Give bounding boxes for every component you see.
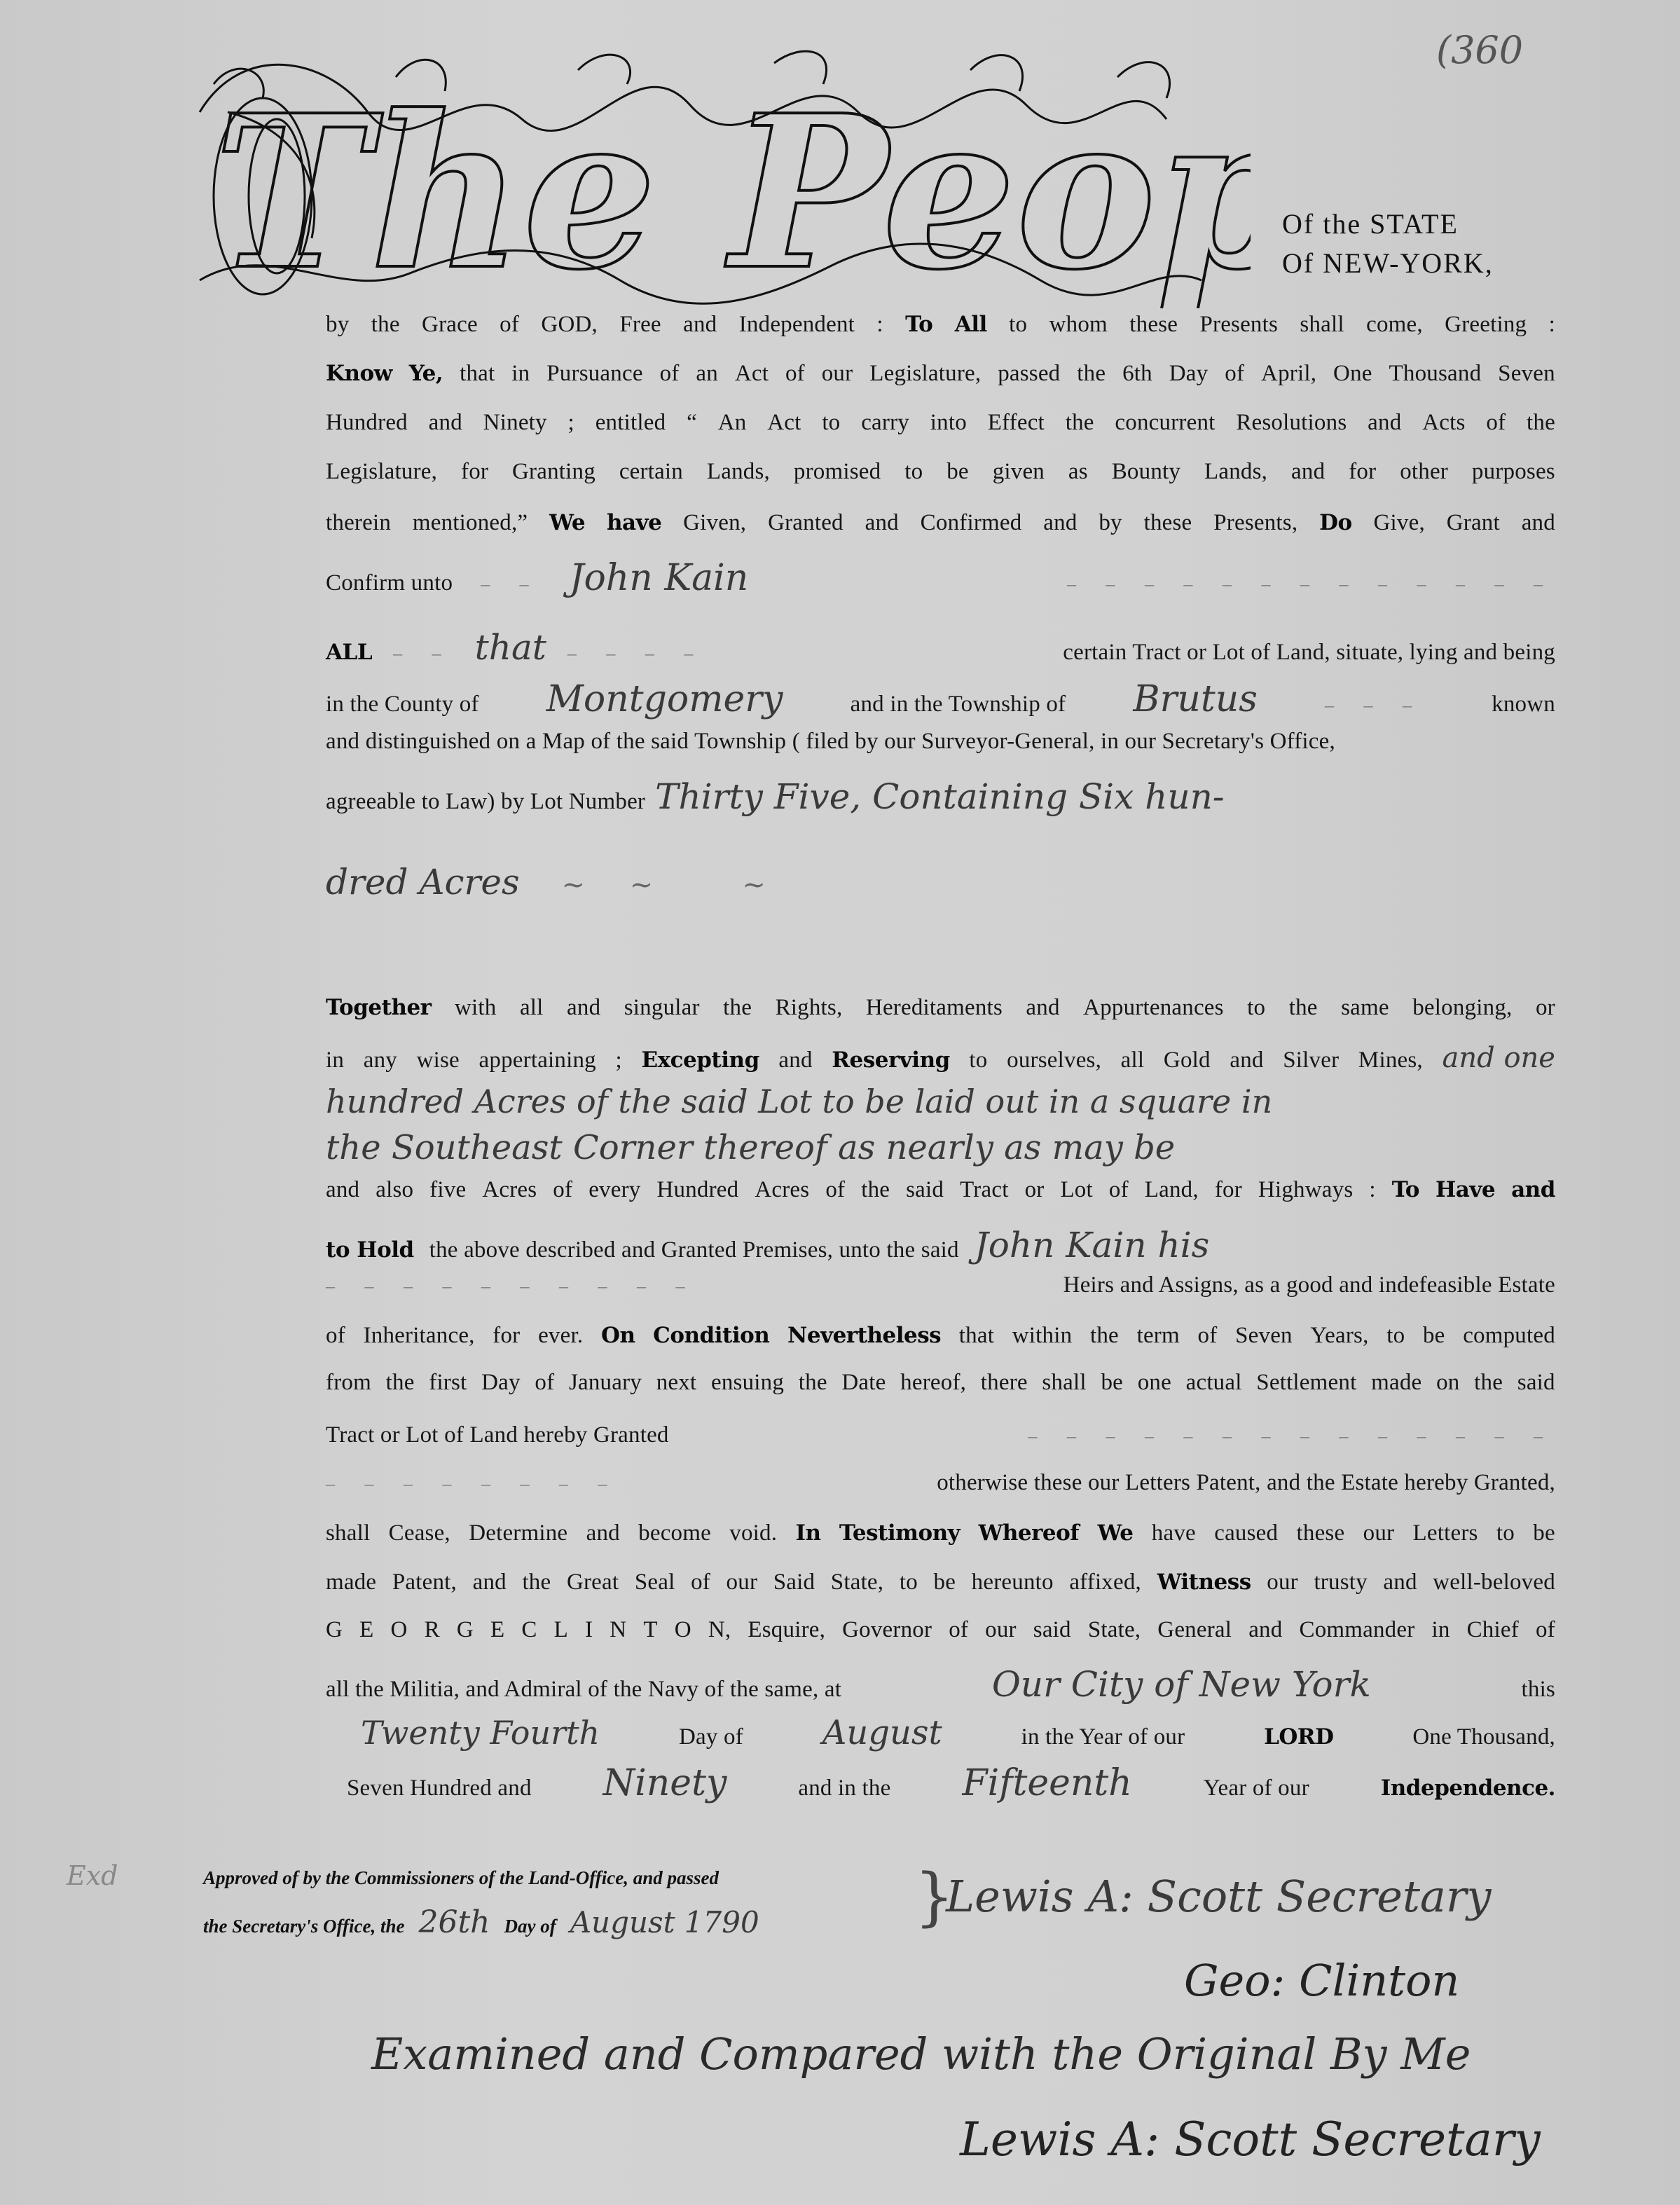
together-line-10: Tract or Lot of Land hereby Granted– – –… — [326, 1422, 1555, 1448]
blackletter-word: All — [955, 312, 987, 337]
together-line-15: all the Militia, and Admiral of the Navy… — [326, 1664, 1555, 1705]
blackletter-word: Have — [1435, 1177, 1495, 1202]
printed-word: G — [326, 1617, 343, 1643]
known-label: known — [1492, 692, 1555, 717]
printed-word: of — [535, 1370, 554, 1396]
printed-word: one — [1138, 1370, 1171, 1396]
place-hand: Our City of New York — [992, 1664, 1371, 1705]
fifteenth-hand: Fifteenth — [962, 1762, 1131, 1804]
printed-word: of — [500, 312, 519, 338]
together-line-17: Seven Hundred andNinetyand in theFifteen… — [326, 1762, 1555, 1804]
printed-word: and — [1026, 995, 1059, 1021]
printed-word: promised — [794, 459, 881, 485]
printed-word: actual — [1186, 1370, 1242, 1396]
month-hand: August — [822, 1713, 942, 1752]
printed-word: Day — [481, 1370, 521, 1396]
printed-word: Independent — [739, 312, 855, 338]
township-label: and in the Township of — [851, 692, 1066, 717]
approved-dayof: Day of — [504, 1916, 556, 1937]
printed-word: carry — [861, 410, 909, 436]
printed-word: Legislature, — [326, 459, 437, 485]
printed-word: Hundred — [326, 410, 408, 436]
printed-word: these — [1297, 1520, 1345, 1546]
otherwise-text: otherwise these our Letters Patent, and … — [937, 1470, 1555, 1496]
printed-word: 6th — [1122, 361, 1152, 387]
acres-hand: dred Acres — [326, 862, 520, 902]
printed-word: and — [683, 312, 717, 338]
printed-word: shall — [1300, 312, 1344, 338]
blackletter-word: To — [1392, 1177, 1419, 1202]
printed-word: of — [1536, 1617, 1555, 1643]
printed-word: our — [985, 1617, 1017, 1643]
printed-word: wise — [417, 1047, 460, 1073]
printed-word: the — [1066, 410, 1094, 436]
preamble-line: bytheGraceofGOD,FreeandIndependent:ToAll… — [326, 312, 1555, 338]
blackletter-word: Nevertheless — [787, 1323, 941, 1348]
printed-word: for — [1215, 1177, 1242, 1203]
printed-word: to — [1247, 995, 1265, 1021]
printed-word: made — [1371, 1370, 1421, 1396]
printed-word: next — [656, 1370, 697, 1396]
printed-word: Lands, — [1204, 459, 1267, 485]
printed-word: : — [1549, 312, 1555, 338]
printed-word: also — [376, 1177, 413, 1203]
acres-line: dred Acres ~ ~ ~ — [326, 862, 1555, 902]
printed-word: other — [1400, 459, 1448, 485]
printed-word: be — [1423, 1323, 1445, 1349]
printed-word: to — [900, 1569, 918, 1595]
printed-word: and — [1383, 1569, 1417, 1595]
printed-word: An — [718, 410, 747, 436]
this-text: this — [1522, 1677, 1555, 1703]
printed-word: as — [1068, 459, 1088, 485]
printed-word: and — [1043, 510, 1077, 536]
printed-word: Acres — [755, 1177, 809, 1203]
printed-word: and — [586, 1520, 620, 1546]
printed-word: Resolutions — [1236, 410, 1347, 436]
printed-word: affixed, — [1069, 1569, 1141, 1595]
year-text: in the Year of our — [1021, 1724, 1185, 1750]
printed-word: “ — [687, 410, 697, 436]
printed-word: Act — [767, 410, 801, 436]
printed-word: well-beloved — [1433, 1569, 1555, 1595]
printed-word: or — [1025, 1177, 1045, 1203]
printed-word: and — [1230, 1047, 1263, 1073]
printed-word: and — [567, 995, 600, 1021]
printed-word: Esquire, — [748, 1617, 825, 1643]
printed-word: of — [1109, 1177, 1129, 1203]
printed-word: singular — [624, 995, 700, 1021]
approved-date: August 1790 — [570, 1905, 759, 1939]
to-hold-label: to Hold — [326, 1237, 414, 1263]
grantee-heirs: John Kain his — [975, 1225, 1210, 1265]
printed-word: ever. — [538, 1323, 583, 1349]
printed-word: made — [326, 1569, 376, 1595]
printed-word: have — [1152, 1520, 1196, 1546]
together-line-7: – – – – – – – – – –Heirs and Assigns, as… — [326, 1272, 1555, 1298]
printed-word: N — [610, 1617, 626, 1643]
printed-word: E — [359, 1617, 373, 1643]
blackletter-word: Know — [326, 361, 392, 386]
printed-word: of — [553, 1177, 572, 1203]
militia-text: all the Militia, and Admiral of the Navy… — [326, 1677, 841, 1703]
lord-text: LORD — [1264, 1724, 1333, 1750]
printed-word: be — [946, 459, 969, 485]
printed-word: of — [785, 361, 805, 387]
printed-word: Acts — [1422, 410, 1465, 436]
printed-word: whom — [1049, 312, 1108, 338]
printed-word: for — [1349, 459, 1376, 485]
printed-word: and — [778, 1047, 812, 1073]
printed-word: said — [1517, 1370, 1555, 1396]
printed-word: in — [326, 1047, 344, 1073]
blackletter-word: Testimony — [839, 1520, 960, 1546]
printed-word: Letters — [1413, 1520, 1478, 1546]
printed-word: of — [1486, 410, 1506, 436]
printed-word: by — [1099, 510, 1122, 536]
printed-word: and — [1248, 1617, 1282, 1643]
printed-word: Free — [619, 312, 661, 338]
blackletter-word: Together — [326, 995, 432, 1020]
county-line: in the County of Montgomery and in the T… — [326, 678, 1555, 720]
printed-word: shall — [1042, 1370, 1086, 1396]
printed-word: an — [696, 361, 718, 387]
printed-word: with — [455, 995, 496, 1021]
printed-word: void. — [729, 1520, 777, 1546]
printed-word: our — [727, 1569, 758, 1595]
printed-word: : — [1369, 1177, 1375, 1203]
printed-word: April, — [1261, 361, 1316, 387]
printed-word: Lot — [1060, 1177, 1092, 1203]
printed-word: Grace — [422, 312, 478, 338]
printed-word: trusty — [1314, 1569, 1367, 1595]
secretary-signature: Lewis A: Scott Secretary — [946, 1871, 1491, 1922]
grantee-name: John Kain — [570, 557, 749, 599]
printed-word: first — [429, 1370, 467, 1396]
printed-word: every — [588, 1177, 640, 1203]
printed-word: passed — [998, 361, 1060, 387]
printed-word: of — [949, 1617, 968, 1643]
printed-word: ensuing — [711, 1370, 784, 1396]
printed-word: Thousand — [1389, 361, 1482, 387]
reservation-hand-line-3: hundred Acres of the said Lot to be laid… — [326, 1083, 1272, 1120]
printed-word: to — [1496, 1520, 1515, 1546]
printed-word: R — [425, 1617, 440, 1643]
printed-word: be — [1101, 1370, 1123, 1396]
printed-word: Legislature, — [869, 361, 981, 387]
printed-word: the — [1077, 361, 1106, 387]
printed-word: Pursuance — [546, 361, 642, 387]
all-label: ALL — [326, 640, 372, 665]
printed-word: and — [429, 410, 462, 436]
together-line-14: GEORGECLINTON,Esquire,GovernorofoursaidS… — [326, 1617, 1555, 1643]
printed-word: State, — [1088, 1617, 1141, 1643]
printed-word: concurrent — [1115, 410, 1215, 436]
printed-word: and — [865, 510, 899, 536]
together-line-6: to Holdthe above described and Granted P… — [326, 1225, 1555, 1265]
printed-word: the — [861, 1177, 890, 1203]
printed-word: of — [1198, 1323, 1218, 1349]
printed-word: therein — [326, 510, 391, 536]
county-value: Montgomery — [546, 678, 783, 720]
printed-word: Acres — [482, 1177, 537, 1203]
printed-word: said — [1033, 1617, 1071, 1643]
printed-word: the — [799, 1370, 827, 1396]
printed-word: Presents — [1199, 312, 1278, 338]
together-line-1: TogetherwithallandsingulartheRights,Here… — [326, 995, 1555, 1021]
printed-word: or — [1536, 995, 1555, 1021]
printed-word: G — [457, 1617, 474, 1643]
tract-text: certain Tract or Lot of Land, situate, l… — [1063, 640, 1555, 666]
approved-day: 26th — [418, 1904, 490, 1940]
printed-word: and — [473, 1569, 507, 1595]
printed-word: Land, — [1145, 1177, 1199, 1203]
printed-word: these — [1144, 510, 1192, 536]
printed-word: Given, — [683, 510, 746, 536]
together-line-12: shallCease,Determineandbecomevoid.InTest… — [326, 1520, 1555, 1546]
printed-word: and — [1291, 459, 1325, 485]
printed-word: shall — [326, 1520, 370, 1546]
preamble-line: HundredandNinety;entitled“AnActtocarryin… — [326, 410, 1555, 436]
banner-title: The People — [186, 28, 1251, 308]
blackletter-word: Excepting — [642, 1047, 759, 1073]
printed-word: and — [326, 1177, 359, 1203]
printed-word: Inheritance, — [364, 1323, 475, 1349]
printed-word: Bounty — [1112, 459, 1180, 485]
printed-word: C — [521, 1617, 537, 1643]
printed-word: same — [1341, 995, 1389, 1021]
printed-word: January — [569, 1370, 642, 1396]
printed-word: Mines, — [1358, 1047, 1423, 1073]
printed-word: these — [1129, 312, 1178, 338]
printed-word: Seven — [1498, 361, 1555, 387]
printed-word: Years, — [1310, 1323, 1368, 1349]
printed-word: of — [1225, 361, 1244, 387]
printed-word: on — [1436, 1370, 1459, 1396]
calligraphic-flourish-icon: The People — [186, 28, 1251, 308]
preamble-line: KnowYe,thatinPursuanceofanActofourLegisl… — [326, 361, 1555, 387]
printed-word: hereof, — [900, 1370, 966, 1396]
blackletter-word: On — [601, 1323, 635, 1348]
printed-word: to — [822, 410, 840, 436]
governor-signature: Geo: Clinton — [1184, 1955, 1459, 2006]
printed-word: Hundred — [656, 1177, 738, 1203]
printed-word: from — [326, 1370, 371, 1396]
printed-word: Greeting — [1445, 312, 1527, 338]
together-line-5: andalsofiveAcresofeveryHundredAcresofthe… — [326, 1177, 1555, 1203]
blackletter-word: Condition — [653, 1323, 769, 1348]
printed-word: the — [522, 1569, 551, 1595]
together-line-13: madePatent,andtheGreatSealofourSaidState… — [326, 1569, 1555, 1595]
printed-word: General — [1157, 1617, 1232, 1643]
together-line-9: fromthefirstDayofJanuarynextensuingtheDa… — [326, 1370, 1555, 1396]
lot-hand: Thirty Five, Containing Six hun- — [655, 776, 1225, 817]
printed-word: of — [691, 1569, 710, 1595]
printed-word: the — [1090, 1323, 1119, 1349]
printed-word: all — [520, 995, 544, 1021]
printed-word: for — [493, 1323, 520, 1349]
printed-word: ourselves, — [1007, 1047, 1101, 1073]
printed-word: mentioned,” — [413, 510, 528, 536]
confirm-unto-label: Confirm unto — [326, 570, 453, 596]
printed-word: to — [904, 459, 923, 485]
printed-word: the — [371, 312, 400, 338]
printed-word: in — [1431, 1617, 1450, 1643]
printed-word: and — [1368, 410, 1401, 436]
printed-word: : — [876, 312, 883, 338]
printed-word: belonging, — [1412, 995, 1512, 1021]
printed-word: One — [1333, 361, 1372, 387]
county-label: in the County of — [326, 692, 479, 717]
blackletter-word: Ye, — [409, 361, 443, 386]
printed-word: Silver — [1283, 1047, 1339, 1073]
printed-word: Date — [841, 1370, 886, 1396]
printed-word: Gold — [1164, 1047, 1211, 1073]
printed-word: entitled — [595, 410, 666, 436]
heirs-text: Heirs and Assigns, as a good and indefea… — [1063, 1272, 1555, 1298]
printed-word: our — [1363, 1520, 1395, 1546]
printed-word: T — [643, 1617, 657, 1643]
printed-word: Patent, — [392, 1569, 457, 1595]
distinguished-line: and distinguished on a Map of the said T… — [326, 729, 1555, 755]
printed-word: and — [1522, 510, 1555, 536]
printed-word: E — [490, 1617, 504, 1643]
printed-word: of — [326, 1323, 345, 1349]
printed-word: Highways — [1258, 1177, 1353, 1203]
printed-word: Appurtenances — [1083, 995, 1224, 1021]
secretary-signature-2: Lewis A: Scott Secretary — [960, 2113, 1541, 2166]
printed-word: the — [1474, 1370, 1503, 1396]
printed-word: Commander — [1299, 1617, 1414, 1643]
printed-word: within — [1012, 1323, 1073, 1349]
preamble-line: thereinmentioned,”WehaveGiven,Grantedand… — [326, 510, 1555, 536]
printed-word: Day — [1169, 361, 1209, 387]
grantee-line: Confirm unto – – John Kain – – – – – – –… — [326, 557, 1555, 599]
printed-word: appertaining — [479, 1047, 596, 1073]
state-line-2: Of NEW-YORK, — [1282, 247, 1494, 280]
examined-note: Examined and Compared with the Original … — [371, 2028, 1471, 2080]
approved-line-2: the Secretary's Office, the 26th Day of … — [203, 1904, 759, 1940]
lot-label: agreeable to Law) by Lot Number — [326, 789, 645, 815]
printed-word: Great — [567, 1569, 619, 1595]
printed-word: Granting — [512, 459, 595, 485]
printed-word: the — [1527, 410, 1555, 436]
printed-word: ; — [616, 1047, 622, 1073]
printed-word: State, — [831, 1569, 883, 1595]
printed-word: Give, — [1374, 510, 1425, 536]
blackletter-word: Witness — [1157, 1569, 1251, 1595]
together-line-16: Twenty FourthDay ofAugustin the Year of … — [326, 1713, 1555, 1752]
printed-word: five — [429, 1177, 466, 1203]
printed-word: Cease, — [389, 1520, 450, 1546]
printed-word: Confirmed — [921, 510, 1022, 536]
tract-granted-text: Tract or Lot of Land hereby Granted — [326, 1422, 669, 1448]
printed-word: Said — [773, 1569, 815, 1595]
printed-word: any — [364, 1047, 397, 1073]
printed-word: be — [934, 1569, 956, 1595]
printed-word: come, — [1366, 312, 1423, 338]
printed-word: Seal — [635, 1569, 675, 1595]
printed-word: term — [1137, 1323, 1180, 1349]
printed-word: Governor — [842, 1617, 932, 1643]
printed-word: I — [585, 1617, 593, 1643]
thousand-text: One Thousand, — [1412, 1724, 1555, 1750]
printed-word: L — [554, 1617, 568, 1643]
printed-word: of — [660, 361, 680, 387]
printed-word: Chief — [1467, 1617, 1519, 1643]
preamble-line: Legislature,forGrantingcertainLands,prom… — [326, 459, 1555, 485]
together-line-2: inanywiseappertaining;ExceptingandReserv… — [326, 1042, 1555, 1074]
dayof-text: Day of — [679, 1724, 743, 1750]
all-line: ALL – – that – – – – certain Tract or Lo… — [326, 627, 1555, 668]
printed-word: N, — [708, 1617, 731, 1643]
blackletter-word: In — [796, 1520, 821, 1546]
printed-word: for — [461, 459, 488, 485]
seven-hundred-text: Seven Hundred and — [347, 1775, 532, 1801]
printed-word: Lands, — [707, 459, 770, 485]
printed-word: Effect — [988, 410, 1045, 436]
premises-text: the above described and Granted Premises… — [429, 1237, 959, 1263]
printed-word: Grant — [1447, 510, 1500, 536]
lot-line: agreeable to Law) by Lot Number Thirty F… — [326, 776, 1555, 817]
printed-word: Settlement — [1256, 1370, 1356, 1396]
printed-word: all — [1121, 1047, 1145, 1073]
printed-word: the — [386, 1370, 415, 1396]
blackletter-word: Whereof — [979, 1520, 1080, 1546]
printed-word: O — [391, 1617, 408, 1643]
printed-word: be — [1533, 1520, 1555, 1546]
township-value: Brutus — [1133, 678, 1258, 720]
blackletter-word: To — [905, 312, 932, 337]
printed-word: Presents, — [1213, 510, 1297, 536]
printed-word: by — [326, 312, 349, 338]
and-in-the-text: and in the — [798, 1775, 890, 1801]
reservation-hand-line-4: the Southeast Corner thereof as nearly a… — [326, 1128, 1175, 1167]
printed-word: that — [959, 1323, 994, 1349]
printed-word: Hereditaments — [866, 995, 1003, 1021]
ninety-hand: Ninety — [603, 1762, 727, 1804]
printed-word: GOD, — [541, 312, 598, 338]
printed-word: become — [638, 1520, 711, 1546]
printed-word: Determine — [469, 1520, 567, 1546]
printed-word: caused — [1214, 1520, 1278, 1546]
blackletter-word: Do — [1319, 510, 1352, 535]
approved-line-1: Approved of by the Commissioners of the … — [203, 1867, 719, 1889]
printed-word: ; — [568, 410, 574, 436]
blackletter-word: We — [549, 510, 585, 535]
blackletter-word: Reserving — [832, 1047, 950, 1073]
printed-word: Tract — [960, 1177, 1008, 1203]
margin-note: Exd — [67, 1860, 118, 1891]
independence-text: Independence. — [1381, 1775, 1555, 1801]
distinguished-text: and distinguished on a Map of the said T… — [326, 729, 1555, 755]
together-line-11: – – – – – – – –otherwise these our Lette… — [326, 1470, 1555, 1496]
printed-word: hereunto — [972, 1569, 1054, 1595]
printed-word: to — [1009, 312, 1027, 338]
blackletter-word: and — [1511, 1177, 1555, 1202]
day-hand: Twenty Fourth — [361, 1714, 600, 1752]
printed-word: of — [825, 1177, 845, 1203]
printed-word: there — [981, 1370, 1028, 1396]
printed-word: our — [822, 361, 853, 387]
year-of-our-text: Year of our — [1204, 1775, 1309, 1801]
printed-word: Act — [735, 361, 769, 387]
together-line-8: ofInheritance,forever.OnConditionNeverth… — [326, 1323, 1555, 1349]
printed-word: the — [723, 995, 752, 1021]
printed-word: into — [930, 410, 967, 436]
printed-word: to — [969, 1047, 987, 1073]
printed-word: certain — [619, 459, 683, 485]
